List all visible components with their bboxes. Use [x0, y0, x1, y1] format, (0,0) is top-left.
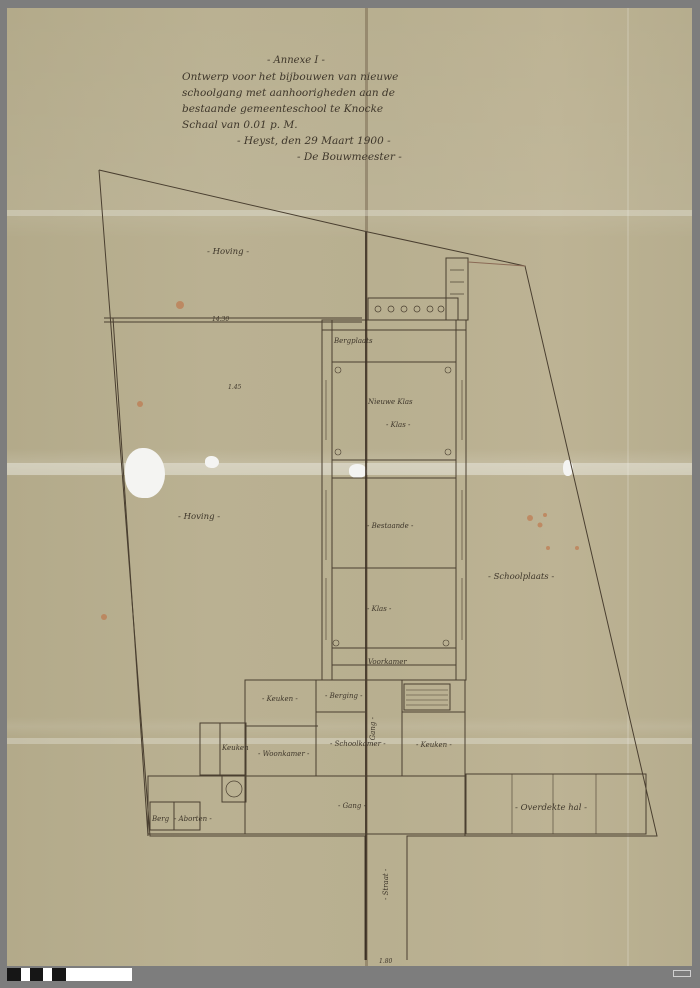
- label-nieuwe-klas: Nieuwe Klas: [368, 398, 413, 406]
- label-hoving-left: - Hoving -: [178, 512, 220, 522]
- label-klas-middle: - Klas -: [367, 605, 391, 613]
- label-bestaande-klas: - Bestaande -: [367, 522, 413, 530]
- dimension-bottom: 1.80: [379, 958, 392, 965]
- label-room-top-mid: - Berging -: [325, 692, 363, 700]
- label-bergplaats: Bergplaats: [334, 337, 373, 345]
- label-klas-top: - Klas -: [386, 421, 410, 429]
- scale-swatch-black: [7, 968, 21, 981]
- label-hoving-top: - Hoving -: [207, 247, 249, 257]
- label-room-mid-center: - Schoolkamer -: [330, 740, 386, 748]
- label-room-mid-left: - Woonkamer -: [258, 750, 309, 758]
- label-side-room: Keuken: [222, 744, 249, 752]
- archive-color-scale: [7, 968, 132, 981]
- scale-swatch-white: [43, 968, 52, 981]
- scale-swatch-black: [30, 968, 44, 981]
- scale-swatch-white-long: [66, 968, 132, 981]
- label-voorkamer: Voorkamer: [368, 658, 407, 666]
- label-room-gang: - Gang -: [369, 717, 377, 745]
- label-overdekte-hal: - Overdekte hal -: [515, 803, 587, 813]
- floor-plan: [0, 0, 700, 988]
- lot-boundary: [99, 170, 657, 960]
- label-straat: - Straat -: [382, 869, 390, 900]
- label-gang-bottom: - Gang -: [338, 802, 366, 810]
- archive-reference-mark: [673, 970, 691, 977]
- dimension-lot: 1.45: [228, 384, 241, 391]
- label-berg: Berg: [152, 815, 169, 823]
- label-room-right: - Keuken -: [416, 741, 452, 749]
- label-aborten: - Aborten -: [174, 815, 212, 823]
- dimension-top: 14.30: [212, 316, 229, 323]
- scale-swatch-black: [52, 968, 66, 981]
- label-room-top-left: - Keuken -: [262, 695, 298, 703]
- label-schoolplaats: - Schoolplaats -: [488, 572, 554, 582]
- scale-swatch-white: [21, 968, 30, 981]
